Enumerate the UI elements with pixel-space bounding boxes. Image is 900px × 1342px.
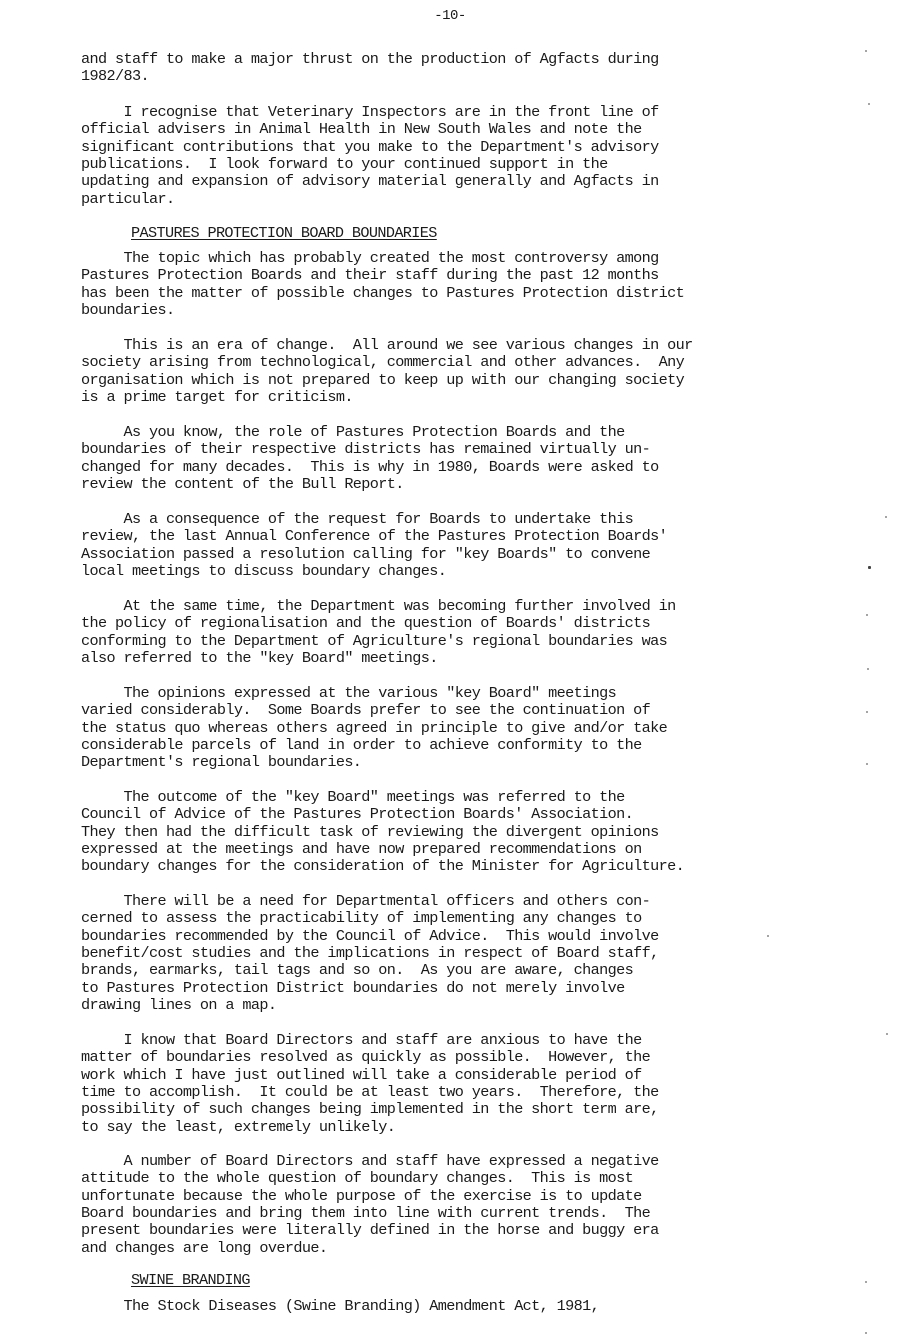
paragraph-line: review the content of the Bull Report.: [81, 476, 404, 493]
scan-speck: [868, 566, 871, 569]
paragraph-line: boundaries.: [81, 302, 174, 319]
paragraph-line: Board boundaries and bring them into lin…: [81, 1205, 650, 1222]
scan-speck: [865, 50, 867, 52]
paragraph-line: the status quo whereas others agreed in …: [81, 720, 667, 737]
paragraph-line: The Stock Diseases (Swine Branding) Amen…: [81, 1298, 599, 1315]
scan-speck: [866, 763, 868, 765]
section-heading: PASTURES PROTECTION BOARD BOUNDARIES: [131, 225, 437, 242]
paragraph-line: expressed at the meetings and have now p…: [81, 841, 642, 858]
paragraph-line: boundaries of their respective districts…: [81, 441, 650, 458]
section-heading: SWINE BRANDING: [131, 1272, 250, 1289]
paragraph-line: has been the matter of possible changes …: [81, 285, 684, 302]
paragraph-line: official advisers in Animal Health in Ne…: [81, 121, 642, 138]
paragraph-line: boundaries recommended by the Council of…: [81, 928, 659, 945]
scan-speck: [866, 711, 868, 713]
paragraph-line: conforming to the Department of Agricult…: [81, 633, 667, 650]
paragraph-line: the policy of regionalisation and the qu…: [81, 615, 650, 632]
paragraph-line: The topic which has probably created the…: [81, 250, 659, 267]
paragraph-line: particular.: [81, 191, 174, 208]
scan-speck: [867, 668, 869, 670]
paragraph-line: to say the least, extremely unlikely.: [81, 1119, 395, 1136]
paragraph-line: society arising from technological, comm…: [81, 354, 684, 371]
paragraph-line: publications. I look forward to your con…: [81, 156, 608, 173]
paragraph-line: work which I have just outlined will tak…: [81, 1067, 642, 1084]
paragraph-line: benefit/cost studies and the implication…: [81, 945, 659, 962]
page-number: -10-: [0, 8, 900, 24]
document-page: -10- and staff to make a major thrust on…: [0, 0, 900, 1342]
paragraph-line: changed for many decades. This is why in…: [81, 459, 659, 476]
paragraph-line: 1982/83.: [81, 68, 149, 85]
paragraph-line: As a consequence of the request for Boar…: [81, 511, 633, 528]
paragraph-line: also referred to the "key Board" meeting…: [81, 650, 438, 667]
paragraph-line: and staff to make a major thrust on the …: [81, 51, 659, 68]
paragraph-line: to Pastures Protection District boundari…: [81, 980, 625, 997]
paragraph-line: considerable parcels of land in order to…: [81, 737, 642, 754]
paragraph-line: This is an era of change. All around we …: [81, 337, 693, 354]
paragraph-line: As you know, the role of Pastures Protec…: [81, 424, 625, 441]
paragraph-line: present boundaries were literally define…: [81, 1222, 659, 1239]
paragraph-line: The opinions expressed at the various "k…: [81, 685, 616, 702]
scan-speck: [865, 1281, 867, 1283]
paragraph-line: cerned to assess the practicability of i…: [81, 910, 642, 927]
scan-speck: [866, 614, 868, 616]
paragraph-line: updating and expansion of advisory mater…: [81, 173, 659, 190]
paragraph-line: I know that Board Directors and staff ar…: [81, 1032, 642, 1049]
paragraph-line: and changes are long overdue.: [81, 1240, 327, 1257]
paragraph-line: brands, earmarks, tail tags and so on. A…: [81, 962, 633, 979]
paragraph-line: The outcome of the "key Board" meetings …: [81, 789, 625, 806]
paragraph-line: drawing lines on a map.: [81, 997, 276, 1014]
paragraph-line: They then had the difficult task of revi…: [81, 824, 659, 841]
paragraph-line: Department's regional boundaries.: [81, 754, 361, 771]
paragraph-line: Pastures Protection Boards and their sta…: [81, 267, 659, 284]
paragraph-line: attitude to the whole question of bounda…: [81, 1170, 633, 1187]
paragraph-line: A number of Board Directors and staff ha…: [81, 1153, 659, 1170]
paragraph-line: time to accomplish. It could be at least…: [81, 1084, 659, 1101]
scan-speck: [885, 516, 887, 518]
paragraph-line: review, the last Annual Conference of th…: [81, 528, 667, 545]
paragraph-line: Council of Advice of the Pastures Protec…: [81, 806, 633, 823]
paragraph-line: There will be a need for Departmental of…: [81, 893, 650, 910]
scan-speck: [865, 1332, 867, 1334]
paragraph-line: Association passed a resolution calling …: [81, 546, 650, 563]
scan-speck: [767, 935, 769, 937]
paragraph-line: local meetings to discuss boundary chang…: [81, 563, 446, 580]
paragraph-line: organisation which is not prepared to ke…: [81, 372, 684, 389]
paragraph-line: matter of boundaries resolved as quickly…: [81, 1049, 650, 1066]
paragraph-line: possibility of such changes being implem…: [81, 1101, 659, 1118]
paragraph-line: significant contributions that you make …: [81, 139, 659, 156]
scan-speck: [886, 1033, 888, 1035]
paragraph-line: unfortunate because the whole purpose of…: [81, 1188, 642, 1205]
scan-speck: [868, 103, 870, 105]
paragraph-line: is a prime target for criticism.: [81, 389, 353, 406]
paragraph-line: At the same time, the Department was bec…: [81, 598, 676, 615]
paragraph-line: varied considerably. Some Boards prefer …: [81, 702, 650, 719]
paragraph-line: I recognise that Veterinary Inspectors a…: [81, 104, 659, 121]
paragraph-line: boundary changes for the consideration o…: [81, 858, 684, 875]
